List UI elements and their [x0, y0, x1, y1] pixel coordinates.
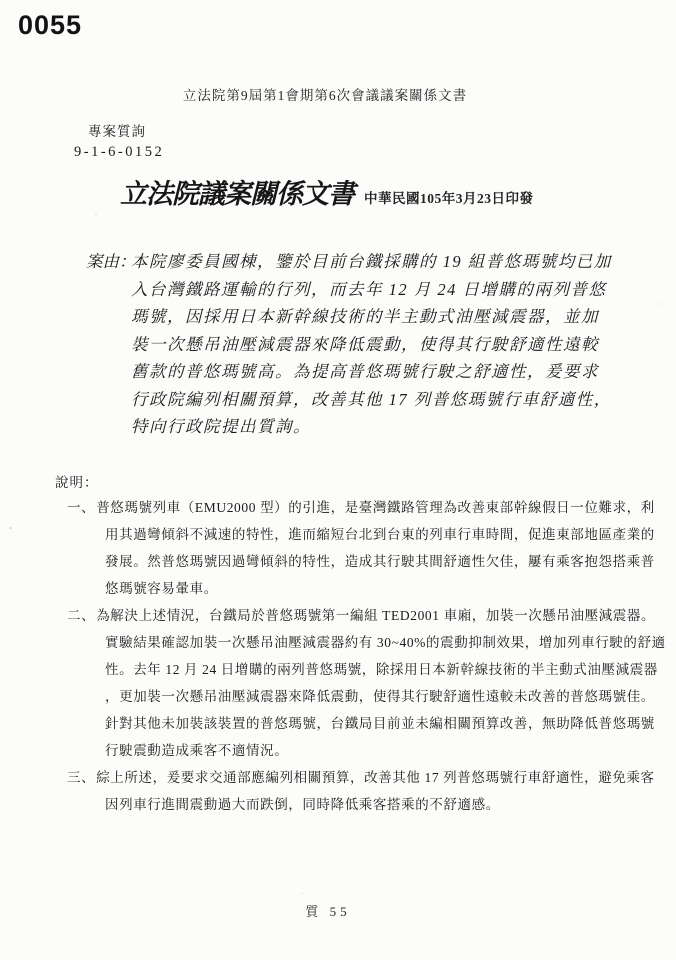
explanation-item-line: 性。去年 12 月 24 日增購的兩列普悠瑪號，除採用日本新幹線技術的半主動式油…	[67, 656, 666, 683]
text-line: 舊款的普悠瑪號高。為提高普悠瑪號行駛之舒適性，爰要求	[131, 358, 612, 386]
explanation-item-first-line: 一、普悠瑪號列車（EMU2000 型）的引進，是臺灣鐵路管理為改善東部幹線假日一…	[67, 494, 666, 521]
text-line: 裝一次懸吊油壓減震器來降低震動，使得其行駛舒適性遠較	[131, 331, 612, 359]
item-number: 一、	[67, 500, 95, 515]
page-footer: 質 55	[0, 901, 656, 920]
session-header: 立法院第9屆第1會期第6次會議議案關係文書	[0, 84, 650, 104]
explanation-item-line: 實驗結果確認加裝一次懸吊油壓減震器約有 30~40%的震動抑制效果，增加列車行駛…	[67, 629, 666, 656]
explanation-item-line: 因列車行進間震動過大而跌倒，同時降低乘客搭乘的不舒適感。	[67, 791, 666, 818]
explanation-items: 一、普悠瑪號列車（EMU2000 型）的引進，是臺灣鐵路管理為改善東部幹線假日一…	[67, 494, 666, 818]
text-line: 瑪號，因採用日本新幹線技術的半主動式油壓減震器，並加	[131, 303, 612, 331]
scanned-document-page: 0055 立法院第9屆第1會期第6次會議議案關係文書 專案質詢 9-1-6-01…	[0, 0, 676, 960]
item-text: 普悠瑪號列車（EMU2000 型）的引進，是臺灣鐵路管理為改善東部幹線假日一位難…	[96, 500, 655, 515]
scan-speck	[300, 893, 303, 894]
explanation-item-line: 行駛震動造成乘客不適情況。	[67, 737, 666, 764]
scan-speck	[95, 213, 97, 215]
stamp-number: 0055	[18, 10, 82, 41]
item-text: 綜上所述，爰要求交通部應編列相關預算，改善其他 17 列普悠瑪號行車舒適性，避免…	[96, 770, 654, 785]
subject-label: 案由：	[86, 248, 136, 276]
explanation-item-line: ，更加裝一次懸吊油壓減震器來降低震動，使得其行駛舒適性遠較未改善的普悠瑪號佳。	[67, 683, 666, 710]
text-line: 入台灣鐵路運輸的行列，而去年 12 月 24 日增購的兩列普悠	[131, 276, 612, 304]
explanation-item-line: 針對其他未加裝該裝置的普悠瑪號，台鐵局目前並未編相關預算改善，無助降低普悠瑪號	[67, 710, 666, 737]
explanation-item-line: 悠瑪號容易暈車。	[67, 575, 666, 602]
explanation-item-line: 發展。然普悠瑪號因過彎傾斜的特性，造成其行駛其間舒適性欠佳，屢有乘客抱怨搭乘普	[67, 548, 666, 575]
doc-type-label: 專案質詢	[88, 120, 146, 140]
item-text: 為解決上述情況，台鐵局於普悠瑪號第一編組 TED2001 車廂，加裝一次懸吊油壓…	[96, 608, 655, 623]
document-title: 立法院議案關係文書	[120, 172, 354, 211]
item-number: 二、	[67, 608, 95, 623]
explanation-item-first-line: 三、綜上所述，爰要求交通部應編列相關預算，改善其他 17 列普悠瑪號行車舒適性，…	[67, 764, 666, 791]
text-line: 特向行政院提出質詢。	[131, 413, 612, 441]
explanation-label: 說明：	[55, 471, 99, 491]
explanation-item-line: 用其過彎傾斜不減速的特性，進而縮短台北到台東的列車行車時間，促進東部地區產業的	[67, 521, 666, 548]
explanation-item-first-line: 二、為解決上述情況，台鐵局於普悠瑪號第一編組 TED2001 車廂，加裝一次懸吊…	[67, 602, 666, 629]
text-line: 本院廖委員國棟，鑒於目前台鐵採購的 19 組普悠瑪號均已加	[131, 248, 612, 276]
item-number: 三、	[67, 770, 95, 785]
title-row: 立法院議案關係文書 中華民國105年3月23日印發	[120, 172, 534, 211]
scan-speck	[9, 527, 12, 529]
print-date: 中華民國105年3月23日印發	[364, 187, 534, 207]
doc-number: 9-1-6-0152	[74, 144, 164, 161]
scan-speck	[658, 303, 660, 305]
text-line: 行政院編列相關預算，改善其他 17 列普悠瑪號行車舒適性，	[131, 386, 612, 414]
subject-paragraph: 本院廖委員國棟，鑒於目前台鐵採購的 19 組普悠瑪號均已加入台灣鐵路運輸的行列，…	[131, 248, 612, 441]
